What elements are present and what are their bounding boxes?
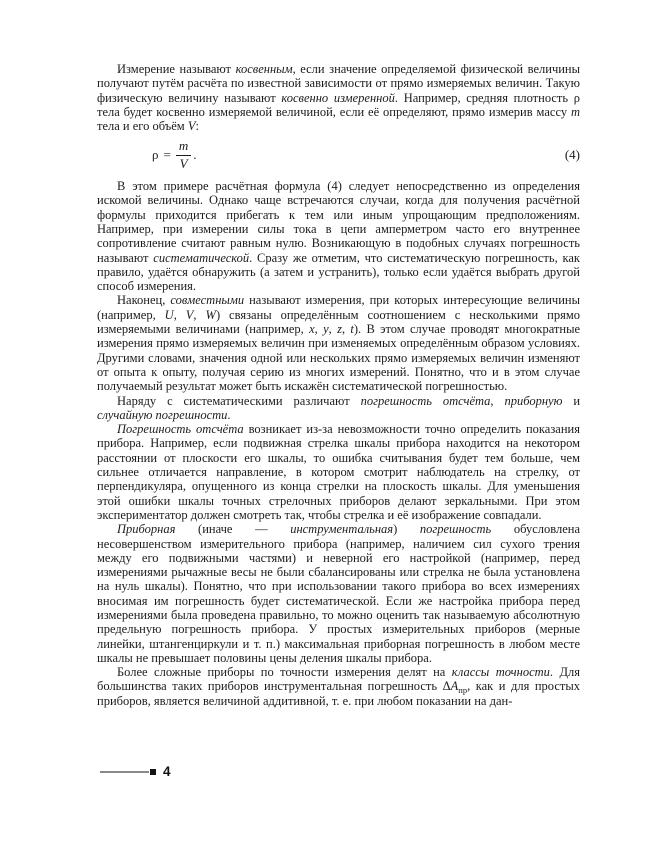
book-page: Измерение называют косвенным, если значе… [0,0,650,848]
page-number: 4 [163,764,171,779]
text-run: тела и его объём [97,119,188,133]
density-formula: ρ=mV. [152,139,196,171]
italic-run: классы точности [452,665,550,679]
text-run: Наряду с систематическими различают [117,394,361,408]
text-run: (иначе — [175,522,290,536]
paragraph: В этом примере расчётная формула (4) сле… [97,179,580,293]
formula-lhs: ρ [152,148,159,162]
italic-run: совместными [170,293,244,307]
fraction-denominator: V [176,155,191,171]
text-run: . [227,408,230,422]
text-run: , [193,308,205,322]
page-footer: 4 [100,765,171,778]
text-run: возникает из-за невозможности точно опре… [97,422,580,522]
italic-run: погрешность отсчёта [361,394,491,408]
text-run: , [490,394,504,408]
italic-run: косвенно измеренной [281,91,395,105]
fraction-numerator: m [176,139,191,154]
text-run: обусловлена несовершенством измерительно… [97,522,580,665]
paragraph: Наконец, совместными называют измерения,… [97,293,580,393]
footer-square-marker [150,769,156,775]
italic-run: m [571,105,580,119]
italic-run: погрешность [420,522,491,536]
paragraph: Наряду с систематическими различают погр… [97,394,580,423]
paragraph: Погрешность отсчёта возникает из-за нево… [97,422,580,522]
fraction: mV [176,139,191,171]
text-run: Измерение называют [117,62,236,76]
text-run: , [329,322,337,336]
paragraph: Измерение называют косвенным, если значе… [97,62,580,133]
italic-run: инструментальная [290,522,393,536]
equation-number: (4) [565,148,580,162]
footer-rule [100,771,149,773]
italic-run: U [165,308,174,322]
italic-run: Приборная [117,522,175,536]
text-run: Наконец, [117,293,170,307]
equals-sign: = [164,148,171,162]
italic-run: косвенным [236,62,293,76]
paragraph: Приборная (иначе — инструментальная) пог… [97,522,580,665]
text-column: Измерение называют косвенным, если значе… [97,62,580,708]
italic-run: W [206,308,216,322]
formula-punctuation: . [193,148,196,162]
text-run: Более сложные приборы по точности измере… [117,665,452,679]
italic-run: Погрешность отсчёта [117,422,244,436]
text-run: : [195,119,198,133]
text-run: , [315,322,323,336]
italic-run: систематической [153,251,249,265]
text-run: и [562,394,580,408]
equation-row: ρ=mV.(4) [97,133,580,179]
paragraph: Более сложные приборы по точности измере… [97,665,580,708]
italic-run: случайную погрешности [97,408,227,422]
text-run: ) [393,522,420,536]
italic-run: приборную [504,394,562,408]
text-run: , [174,308,186,322]
